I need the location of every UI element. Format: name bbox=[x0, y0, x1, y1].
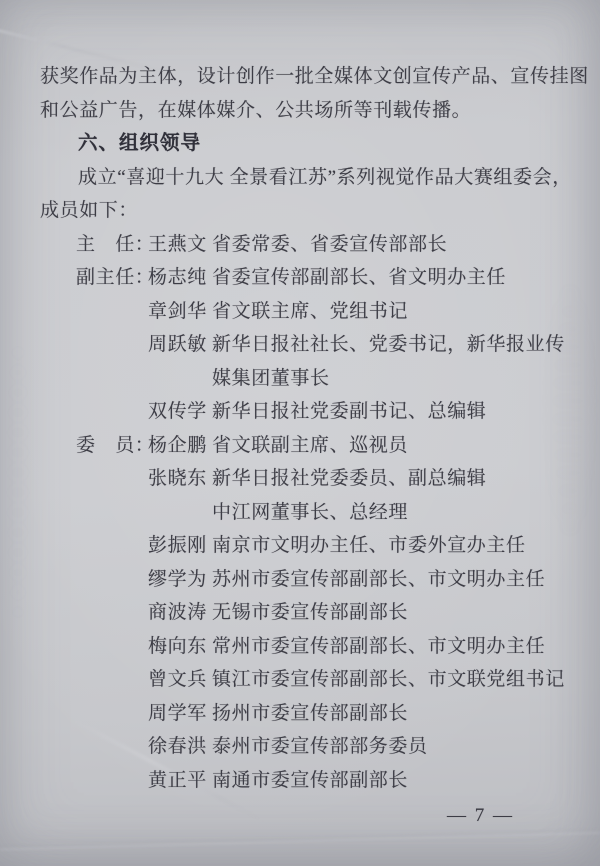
member-title-line: 媒集团董事长 bbox=[212, 362, 565, 396]
committee-member-row: 缪学为苏州市委宣传部副部长、市文明办主任 bbox=[76, 563, 572, 597]
member-name: 徐春洪 bbox=[148, 730, 212, 764]
member-title: 省委宣传部副部长、省文明办主任 bbox=[212, 261, 506, 295]
member-name: 王燕文 bbox=[148, 228, 212, 262]
committee-member-row: 梅向东常州市委宣传部副部长、市文明办主任 bbox=[76, 630, 572, 664]
committee-member-row: 委 员：杨企鹏省文联副主席、巡视员 bbox=[76, 429, 572, 463]
member-title-line: 无锡市委宣传部副部长 bbox=[212, 596, 408, 630]
member-title: 镇江市委宣传部副部长、市文联党组书记 bbox=[212, 663, 565, 697]
member-name: 梅向东 bbox=[148, 630, 212, 664]
member-title: 苏州市委宣传部副部长、市文明办主任 bbox=[212, 563, 545, 597]
member-name: 张晓东 bbox=[148, 462, 212, 496]
member-name: 彭振刚 bbox=[148, 529, 212, 563]
member-name: 周学军 bbox=[148, 697, 212, 731]
committee-member-row: 曾文兵镇江市委宣传部副部长、市文联党组书记 bbox=[76, 663, 572, 697]
committee-member-row: 双传学新华日报社党委副书记、总编辑 bbox=[76, 395, 572, 429]
member-title-line: 新华日报社党委副书记、总编辑 bbox=[212, 395, 486, 429]
member-title-line: 常州市委宣传部副部长、市文明办主任 bbox=[212, 630, 545, 664]
committee-member-row: 黄正平南通市委宣传部副部长 bbox=[76, 764, 572, 798]
paper-crease-bottom bbox=[0, 830, 600, 851]
member-role-label: 委 员： bbox=[76, 429, 148, 463]
intro-paragraph: 获奖作品为主体，设计创作一批全媒体文创宣传产品、宣传挂图和公益广告，在媒体媒介、… bbox=[40, 60, 572, 127]
member-title-line: 省委常委、省委宣传部部长 bbox=[212, 228, 447, 262]
member-title-line: 泰州市委宣传部部务委员 bbox=[212, 730, 428, 764]
member-title-line: 新华日报社社长、党委书记，新华报业传 bbox=[212, 328, 565, 362]
member-name: 曾文兵 bbox=[148, 663, 212, 697]
committee-member-row: 章剑华省文联主席、党组书记 bbox=[76, 295, 572, 329]
member-title-line: 省文联副主席、巡视员 bbox=[212, 429, 408, 463]
document-content: 获奖作品为主体，设计创作一批全媒体文创宣传产品、宣传挂图和公益广告，在媒体媒介、… bbox=[0, 0, 600, 831]
member-name: 双传学 bbox=[148, 395, 212, 429]
member-title: 南京市文明办主任、市委外宣办主任 bbox=[212, 529, 526, 563]
member-name: 黄正平 bbox=[148, 764, 212, 798]
member-title-line: 南京市文明办主任、市委外宣办主任 bbox=[212, 529, 526, 563]
member-title: 无锡市委宣传部副部长 bbox=[212, 596, 408, 630]
section-intro-paragraph: 成立“喜迎十九大 全景看江苏”系列视觉作品大赛组委会，成员如下： bbox=[40, 161, 572, 228]
committee-member-list: 主 任：王燕文省委常委、省委宣传部部长副主任：杨志纯省委宣传部副部长、省文明办主… bbox=[76, 228, 572, 798]
member-title-line: 南通市委宣传部副部长 bbox=[212, 764, 408, 798]
member-title: 泰州市委宣传部部务委员 bbox=[212, 730, 428, 764]
member-title: 南通市委宣传部副部长 bbox=[212, 764, 408, 798]
member-title-line: 新华日报社党委委员、副总编辑 bbox=[212, 462, 486, 496]
scanned-document-page: 获奖作品为主体，设计创作一批全媒体文创宣传产品、宣传挂图和公益广告，在媒体媒介、… bbox=[0, 0, 600, 866]
paragraph-line: 获奖作品为主体，设计创作一批全媒体文创宣传产品、宣传挂图 bbox=[40, 60, 572, 94]
section-heading: 六、组织领导 bbox=[40, 127, 572, 161]
member-name: 章剑华 bbox=[148, 295, 212, 329]
member-title-line: 省文联主席、党组书记 bbox=[212, 295, 408, 329]
member-title: 新华日报社社长、党委书记，新华报业传媒集团董事长 bbox=[212, 328, 565, 395]
member-title: 新华日报社党委委员、副总编辑中江网董事长、总经理 bbox=[212, 462, 486, 529]
member-title: 扬州市委宣传部副部长 bbox=[212, 697, 408, 731]
member-name: 商波涛 bbox=[148, 596, 212, 630]
committee-member-row: 彭振刚南京市文明办主任、市委外宣办主任 bbox=[76, 529, 572, 563]
committee-member-row: 周学军扬州市委宣传部副部长 bbox=[76, 697, 572, 731]
committee-member-row: 商波涛无锡市委宣传部副部长 bbox=[76, 596, 572, 630]
member-name: 周跃敏 bbox=[148, 328, 212, 362]
member-title-line: 省委宣传部副部长、省文明办主任 bbox=[212, 261, 506, 295]
committee-member-row: 徐春洪泰州市委宣传部部务委员 bbox=[76, 730, 572, 764]
committee-member-row: 张晓东新华日报社党委委员、副总编辑中江网董事长、总经理 bbox=[76, 462, 572, 529]
member-title: 省文联副主席、巡视员 bbox=[212, 429, 408, 463]
member-title: 省委常委、省委宣传部部长 bbox=[212, 228, 447, 262]
member-name: 杨志纯 bbox=[148, 261, 212, 295]
member-title-line: 苏州市委宣传部副部长、市文明办主任 bbox=[212, 563, 545, 597]
paragraph-line: 成立“喜迎十九大 全景看江苏”系列视觉作品大赛组委会， bbox=[40, 161, 572, 195]
member-role-label: 副主任： bbox=[76, 261, 148, 295]
member-name: 缪学为 bbox=[148, 563, 212, 597]
paragraph-line: 和公益广告，在媒体媒介、公共场所等刊载传播。 bbox=[40, 94, 572, 128]
committee-member-row: 副主任：杨志纯省委宣传部副部长、省文明办主任 bbox=[76, 261, 572, 295]
member-title-line: 中江网董事长、总经理 bbox=[212, 496, 486, 530]
committee-member-row: 主 任：王燕文省委常委、省委宣传部部长 bbox=[76, 228, 572, 262]
committee-member-row: 周跃敏新华日报社社长、党委书记，新华报业传媒集团董事长 bbox=[76, 328, 572, 395]
member-role-label: 主 任： bbox=[76, 228, 148, 262]
member-title-line: 镇江市委宣传部副部长、市文联党组书记 bbox=[212, 663, 565, 697]
member-name: 杨企鹏 bbox=[148, 429, 212, 463]
paragraph-line: 成员如下： bbox=[40, 194, 572, 228]
member-title: 新华日报社党委副书记、总编辑 bbox=[212, 395, 486, 429]
member-title: 常州市委宣传部副部长、市文明办主任 bbox=[212, 630, 545, 664]
page-number: — 7 — bbox=[40, 801, 572, 831]
member-title-line: 扬州市委宣传部副部长 bbox=[212, 697, 408, 731]
member-title: 省文联主席、党组书记 bbox=[212, 295, 408, 329]
